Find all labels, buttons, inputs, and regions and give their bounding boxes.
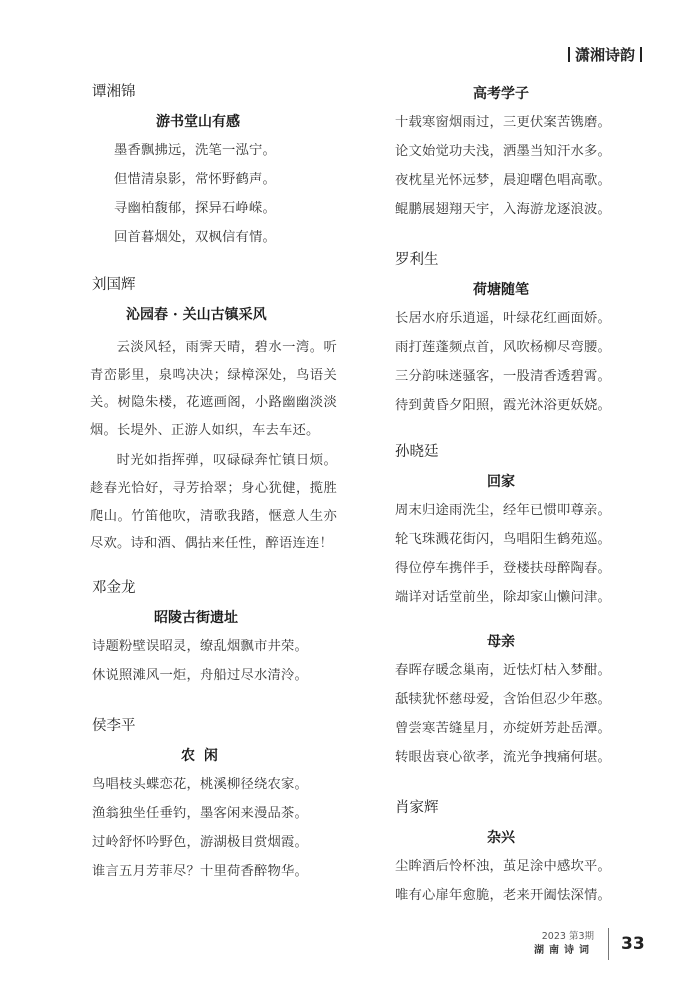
poem-block: 肖家辉 杂兴 尘眸酒后怜杯浊，茧足涂中感坎平。 唯有心扉年愈脆，老来开阖怯深情。	[395, 798, 645, 915]
poem-block: 谭湘锦 游书堂山有感 墨香飘拂远，洗笔一泓宁。 但惜清泉影，常怀野鹤声。 寻幽柏…	[92, 82, 342, 257]
poem-block: 罗利生 荷塘随笔 长居水府乐逍遥，叶绿花红画面娇。 雨打莲蓬频点首，风吹杨柳尽弯…	[395, 250, 645, 425]
poem-block: 母亲 春晖存暖念巢南，近怯灯枯入梦酣。 舐犊犹怀慈母爱，含饴但忍少年憨。 曾尝寒…	[395, 632, 645, 777]
section-header: 潇湘诗韵	[568, 44, 642, 65]
poem-block: 孙晓廷 回家 周末归途雨洗尘，经年已惯叩尊亲。 轮飞珠溅花街闪，鸟唱阳生鹤苑巡。…	[395, 442, 645, 617]
poem-lines: 长居水府乐逍遥，叶绿花红画面娇。 雨打莲蓬频点首，风吹杨柳尽弯腰。 三分韵味迷骚…	[395, 309, 645, 425]
journal-name: 湖南诗词	[534, 944, 594, 957]
poem-author: 邓金龙	[92, 578, 342, 598]
header-bar-right	[640, 47, 642, 62]
poem-lines: 墨香飘拂远，洗笔一泓宁。 但惜清泉影，常怀野鹤声。 寻幽柏馥郁，探异石峥嵘。 回…	[92, 141, 342, 257]
poem-line: 唯有心扉年愈脆，老来开阖怯深情。	[395, 886, 645, 915]
poem-line: 周末归途雨洗尘，经年已惯叩尊亲。	[395, 501, 645, 530]
poem-line: 但惜清泉影，常怀野鹤声。	[114, 170, 342, 199]
poem-paragraph: 云淡风轻，雨霁天晴，碧水一湾。听青峦影里，泉鸣决决；绿樟深处，鸟语关关。树隐朱楼…	[90, 334, 337, 444]
poem-title: 农 闲	[92, 746, 342, 766]
poem-line: 转眼齿衰心欲孝，流光争拽痛何堪。	[395, 748, 645, 777]
poem-lines: 尘眸酒后怜杯浊，茧足涂中感坎平。 唯有心扉年愈脆，老来开阖怯深情。	[395, 857, 645, 915]
poem-lines: 春晖存暖念巢南，近怯灯枯入梦酣。 舐犊犹怀慈母爱，含饴但忍少年憨。 曾尝寒苦缝星…	[395, 661, 645, 777]
poem-line: 得位停车携伴手，登楼扶母醉陶春。	[395, 559, 645, 588]
poem-line: 长居水府乐逍遥，叶绿花红画面娇。	[395, 309, 645, 338]
poem-line: 诗题粉壁误昭灵，缭乱烟飘市井荣。	[92, 637, 342, 666]
poem-author: 孙晓廷	[395, 442, 645, 462]
poem-line: 鸟唱枝头蝶恋花，桃溪柳径绕农家。	[92, 775, 342, 804]
poem-line: 论文始觉功夫浅，洒墨当知汗水多。	[395, 142, 645, 171]
poem-line: 曾尝寒苦缝星月，亦绽妍芳赴岳潭。	[395, 719, 645, 748]
poem-line: 过岭舒怀吟野色，游湖极目赏烟霞。	[92, 833, 342, 862]
poem-line: 十载寒窗烟雨过，三更伏案苦镌磨。	[395, 113, 645, 142]
page-number: 33	[621, 934, 645, 954]
poem-line: 渔翁独坐任垂钓，墨客闲来漫品茶。	[92, 804, 342, 833]
poem-line: 春晖存暖念巢南，近怯灯枯入梦酣。	[395, 661, 645, 690]
poem-block: 邓金龙 昭陵古街遗址 诗题粉壁误昭灵，缭乱烟飘市井荣。 休说照滩风一炬，舟船过尽…	[92, 578, 342, 695]
poem-line: 回首暮烟处，双枫信有情。	[114, 228, 342, 257]
poem-line: 鲲鹏展翅翔天宇，入海游龙逐浪波。	[395, 200, 645, 229]
poem-line: 夜枕星光怀远梦，晨迎曙色唱高歌。	[395, 171, 645, 200]
section-title: 潇湘诗韵	[575, 44, 635, 65]
poem-lines: 十载寒窗烟雨过，三更伏案苦镌磨。 论文始觉功夫浅，洒墨当知汗水多。 夜枕星光怀远…	[395, 113, 645, 229]
poem-line: 休说照滩风一炬，舟船过尽水清泠。	[92, 666, 342, 695]
poem-line: 谁言五月芳菲尽？十里荷香醉物华。	[92, 862, 342, 891]
poem-lines: 诗题粉壁误昭灵，缭乱烟飘市井荣。 休说照滩风一炬，舟船过尽水清泠。	[92, 637, 342, 695]
poem-line: 雨打莲蓬频点首，风吹杨柳尽弯腰。	[395, 338, 645, 367]
poem-line: 墨香飘拂远，洗笔一泓宁。	[114, 141, 342, 170]
poem-line: 寻幽柏馥郁，探异石峥嵘。	[114, 199, 342, 228]
poem-line: 端详对话堂前坐，除却家山懒问津。	[395, 588, 645, 617]
poem-author: 罗利生	[395, 250, 645, 270]
poem-author: 肖家辉	[395, 798, 645, 818]
poem-title: 高考学子	[395, 84, 645, 104]
poem-line: 尘眸酒后怜杯浊，茧足涂中感坎平。	[395, 857, 645, 886]
header-bar-left	[568, 47, 570, 62]
poem-title: 杂兴	[395, 828, 645, 848]
poem-title: 沁园春 · 关山古镇采风	[90, 305, 337, 325]
poem-body: 云淡风轻，雨霁天晴，碧水一湾。听青峦影里，泉鸣决决；绿樟深处，鸟语关关。树隐朱楼…	[90, 334, 337, 558]
poem-lines: 鸟唱枝头蝶恋花，桃溪柳径绕农家。 渔翁独坐任垂钓，墨客闲来漫品茶。 过岭舒怀吟野…	[92, 775, 342, 891]
poem-lines: 周末归途雨洗尘，经年已惯叩尊亲。 轮飞珠溅花街闪，鸟唱阳生鹤苑巡。 得位停车携伴…	[395, 501, 645, 617]
poem-title: 荷塘随笔	[395, 280, 645, 300]
poem-line: 舐犊犹怀慈母爱，含饴但忍少年憨。	[395, 690, 645, 719]
issue-label: 2023 第3期	[542, 931, 594, 942]
page-footer: 2023 第3期 湖南诗词 33	[534, 928, 645, 960]
poem-author: 谭湘锦	[92, 82, 342, 102]
footer-divider	[608, 928, 609, 960]
poem-author: 刘国辉	[90, 275, 337, 295]
poem-author: 侯李平	[92, 716, 342, 736]
poem-line: 轮飞珠溅花街闪，鸟唱阳生鹤苑巡。	[395, 530, 645, 559]
poem-block: 侯李平 农 闲 鸟唱枝头蝶恋花，桃溪柳径绕农家。 渔翁独坐任垂钓，墨客闲来漫品茶…	[92, 716, 342, 891]
poem-block: 刘国辉 沁园春 · 关山古镇采风 云淡风轻，雨霁天晴，碧水一湾。听青峦影里，泉鸣…	[90, 275, 337, 558]
poem-paragraph: 时光如指挥弹，叹碌碌奔忙镇日烦。趁春光恰好，寻芳拾翠；身心犹健，揽胜爬山。竹笛他…	[90, 447, 337, 557]
poem-block: 高考学子 十载寒窗烟雨过，三更伏案苦镌磨。 论文始觉功夫浅，洒墨当知汗水多。 夜…	[395, 84, 645, 229]
poem-title: 昭陵古街遗址	[92, 608, 342, 628]
poem-line: 三分韵味迷骚客，一股清香透碧霄。	[395, 367, 645, 396]
footer-meta: 2023 第3期 湖南诗词	[534, 931, 594, 957]
poem-title: 母亲	[395, 632, 645, 652]
poem-title: 回家	[395, 472, 645, 492]
poem-title: 游书堂山有感	[92, 112, 342, 132]
poem-line: 待到黄昏夕阳照，霞光沐浴更妖娆。	[395, 396, 645, 425]
